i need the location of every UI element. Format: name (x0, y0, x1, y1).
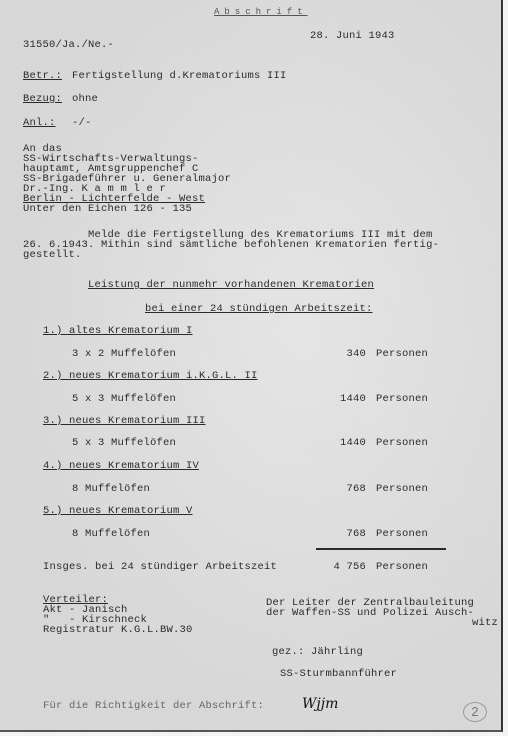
document-page: Abschrift 28. Juni 1943 31550/Ja./Ne.- B… (0, 0, 503, 732)
document-heading: Abschrift (214, 6, 308, 18)
document-date: 28. Juni 1943 (310, 30, 395, 42)
signer-rank: SS-Sturmbannführer (280, 668, 397, 680)
entry-title: 4.) neues Krematorium IV (43, 460, 199, 472)
total-unit: Personen (376, 561, 428, 573)
entry-ovens: 5 x 3 Muffelöfen (72, 393, 176, 405)
sender-line: witz (472, 617, 498, 629)
anl-label: Anl.: (23, 117, 56, 129)
entry-unit: Personen (376, 437, 428, 449)
entry-unit: Personen (376, 483, 428, 495)
entry-unit: Personen (376, 528, 428, 540)
entry-ovens: 8 Muffelöfen (72, 528, 150, 540)
handwritten-signature: Wjjm (302, 696, 338, 712)
entry-value: 768 (306, 528, 366, 540)
entry-title: 5.) neues Krematorium V (43, 505, 193, 517)
table-subheading: bei einer 24 stündigen Arbeitszeit: (145, 303, 373, 315)
entry-title: 2.) neues Krematorium i.K.G.L. II (43, 370, 258, 382)
entry-unit: Personen (376, 393, 428, 405)
address-line: Unter den Eichen 126 - 135 (23, 203, 192, 215)
page-number: 2 (463, 702, 487, 722)
signed-name: gez.: Jährling (272, 646, 363, 658)
entry-ovens: 5 x 3 Muffelöfen (72, 437, 176, 449)
distribution-line: Registratur K.G.L.BW.30 (43, 624, 193, 636)
certification-text: Für die Richtigkeit der Abschrift: (43, 700, 264, 712)
body-line: gestellt. (23, 249, 82, 261)
entry-value: 1440 (306, 393, 366, 405)
entry-title: 1.) altes Krematorium I (43, 325, 193, 337)
subject-text: Fertigstellung d.Krematoriums III (72, 70, 287, 82)
bezug-text: ohne (72, 93, 98, 105)
bezug-label: Bezug: (23, 93, 62, 105)
entry-unit: Personen (376, 348, 428, 360)
total-label: Insges. bei 24 stündiger Arbeitszeit (43, 561, 277, 573)
total-value: 4 756 (306, 561, 366, 573)
entry-ovens: 8 Muffelöfen (72, 483, 150, 495)
entry-ovens: 3 x 2 Muffelöfen (72, 348, 176, 360)
entry-value: 768 (306, 483, 366, 495)
entry-title: 3.) neues Krematorium III (43, 415, 206, 427)
sender-line: der Waffen-SS und Polizei Ausch- (266, 607, 474, 619)
anl-text: -/- (72, 117, 92, 129)
subject-label: Betr.: (23, 70, 62, 82)
table-heading: Leistung der nunmehr vorhandenen Kremato… (88, 279, 374, 291)
entry-value: 1440 (306, 437, 366, 449)
entry-value: 340 (306, 348, 366, 360)
reference-number: 31550/Ja./Ne.- (23, 39, 114, 51)
sum-rule (316, 548, 446, 550)
body-line: 26. 6.1943. Mithin sind sämtliche befohl… (23, 239, 439, 251)
